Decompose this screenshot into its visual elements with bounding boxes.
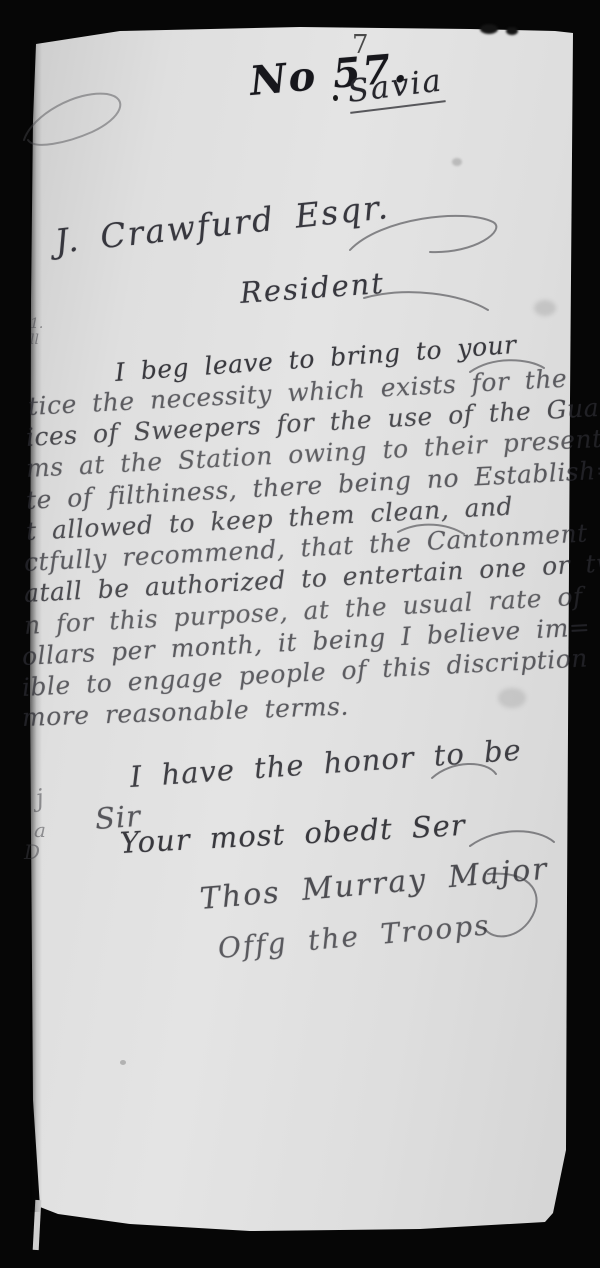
paper-stain [120, 1060, 126, 1065]
margin-fragment: ll [30, 332, 39, 348]
paper-stain [498, 688, 526, 708]
margin-fragment: 1. [30, 316, 43, 332]
margin-fragment: D [24, 840, 40, 864]
paper-stain [534, 300, 556, 316]
pen-flourish-icon [430, 756, 500, 790]
pen-flourish-icon [362, 284, 492, 320]
pen-flourish-icon [345, 210, 505, 270]
paper-stain [452, 158, 462, 166]
pen-flourish-icon [22, 80, 142, 160]
ink-stain [480, 24, 498, 34]
margin-fragment: a [34, 818, 46, 842]
ink-stain [506, 27, 518, 35]
scanned-letter-photo: 7 No 57. Savia J. Crawfurd Esqr. Residen… [0, 0, 600, 1268]
